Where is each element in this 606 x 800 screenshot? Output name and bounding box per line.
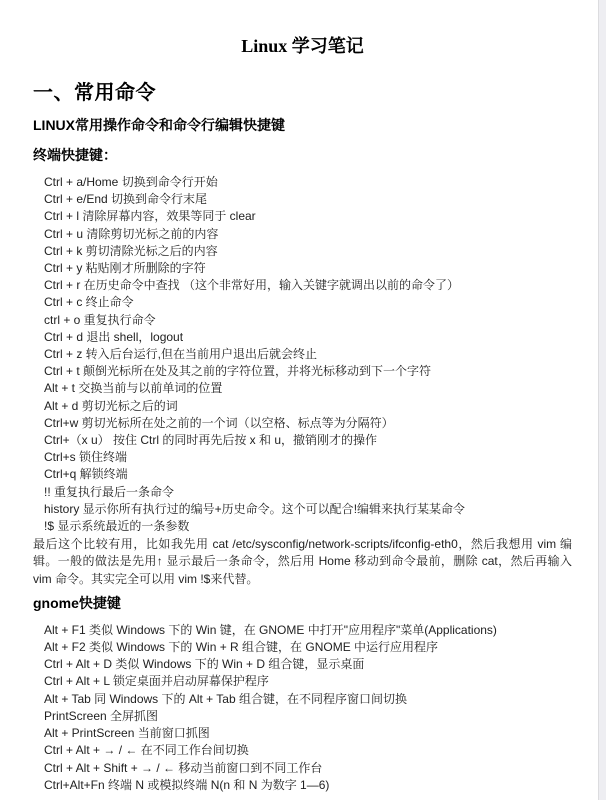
terminal-shortcut-line: Ctrl + k 剪切清除光标之后的内容	[44, 243, 572, 260]
terminal-shortcut-line: Alt + d 剪切光标之后的词	[44, 398, 572, 415]
terminal-shortcut-line: !! 重复执行最后一条命令	[44, 484, 572, 501]
gnome-shortcut-line: Alt + Tab 同 Windows 下的 Alt + Tab 组合键，在不同…	[44, 691, 572, 708]
document-content: Linux 学习笔记 一、常用命令 LINUX常用操作命令和命令行编辑快捷键 终…	[0, 0, 606, 794]
gnome-shortcut-line: Ctrl + Alt + Shift + → / ← 移动当前窗口到不同工作台	[44, 760, 572, 777]
terminal-shortcut-line: Ctrl + u 清除剪切光标之前的内容	[44, 226, 572, 243]
terminal-shortcuts-heading: 终端快捷键：	[33, 146, 572, 165]
terminal-shortcut-line: Ctrl + d 退出 shell，logout	[44, 329, 572, 346]
terminal-shortcut-line: Ctrl+s 锁住终端	[44, 449, 572, 466]
terminal-shortcut-line: !$ 显示系统最近的一条参数	[44, 518, 572, 535]
gnome-shortcut-line: Ctrl + Alt + → / ← 在不同工作台间切换	[44, 742, 572, 759]
terminal-shortcut-line: Ctrl+w 剪切光标所在处之前的一个词（以空格、标点等为分隔符）	[44, 415, 572, 432]
terminal-shortcut-line: Ctrl + r 在历史命令中查找 （这个非常好用，输入关键字就调出以前的命令了…	[44, 277, 572, 294]
subsection-heading-linux-shortcuts: LINUX常用操作命令和命令行编辑快捷键	[33, 116, 572, 135]
terminal-shortcut-line: Ctrl + e/End 切换到命令行末尾	[44, 191, 572, 208]
gnome-shortcuts-list: Alt + F1 类似 Windows 下的 Win 键，在 GNOME 中打开…	[33, 622, 572, 794]
gnome-shortcut-line: Ctrl+Alt+Fn 终端 N 或模拟终端 N(n 和 N 为数字 1—6)	[44, 777, 572, 794]
terminal-shortcut-line: ctrl + o 重复执行命令	[44, 312, 572, 329]
gnome-shortcut-line: Ctrl + Alt + D 类似 Windows 下的 Win + D 组合键…	[44, 656, 572, 673]
terminal-shortcut-line: Ctrl + y 粘贴刚才所删除的字符	[44, 260, 572, 277]
terminal-shortcut-line: Alt + t 交换当前与以前单词的位置	[44, 380, 572, 397]
terminal-shortcut-line: Ctrl + c 终止命令	[44, 294, 572, 311]
terminal-shortcut-line: Ctrl+q 解锁终端	[44, 466, 572, 483]
gnome-shortcut-line: Alt + F1 类似 Windows 下的 Win 键，在 GNOME 中打开…	[44, 622, 572, 639]
gnome-shortcut-line: Alt + PrintScreen 当前窗口抓图	[44, 725, 572, 742]
document-title: Linux 学习笔记	[33, 34, 572, 58]
terminal-shortcut-line: Ctrl + z 转入后台运行,但在当前用户退出后就会终止	[44, 346, 572, 363]
terminal-shortcuts-list: Ctrl + a/Home 切换到命令行开始Ctrl + e/End 切换到命令…	[33, 174, 572, 535]
terminal-shortcut-line: Ctrl + a/Home 切换到命令行开始	[44, 174, 572, 191]
gnome-shortcut-line: Ctrl + Alt + L 锁定桌面并启动屏幕保护程序	[44, 673, 572, 690]
gnome-shortcuts-heading: gnome快捷键	[33, 594, 572, 613]
terminal-shortcut-line: Ctrl + l 清除屏幕内容，效果等同于 clear	[44, 208, 572, 225]
document-page: Linux 学习笔记 一、常用命令 LINUX常用操作命令和命令行编辑快捷键 终…	[0, 0, 606, 800]
terminal-shortcut-line: Ctrl+（x u） 按住 Ctrl 的同时再先后按 x 和 u，撤销刚才的操作	[44, 432, 572, 449]
section-heading-common-commands: 一、常用命令	[33, 80, 572, 106]
gnome-shortcut-line: Alt + F2 类似 Windows 下的 Win + R 组合键，在 GNO…	[44, 639, 572, 656]
gnome-shortcut-line: PrintScreen 全屏抓图	[44, 708, 572, 725]
terminal-shortcut-line: Ctrl + t 颠倒光标所在处及其之前的字符位置，并将光标移动到下一个字符	[44, 363, 572, 380]
scrollbar-track[interactable]	[598, 0, 606, 800]
terminal-shortcuts-note: 最后这个比较有用，比如我先用 cat /etc/sysconfig/networ…	[33, 536, 572, 588]
terminal-shortcut-line: history 显示你所有执行过的编号+历史命令。这个可以配合!编辑来执行某某命…	[44, 501, 572, 518]
